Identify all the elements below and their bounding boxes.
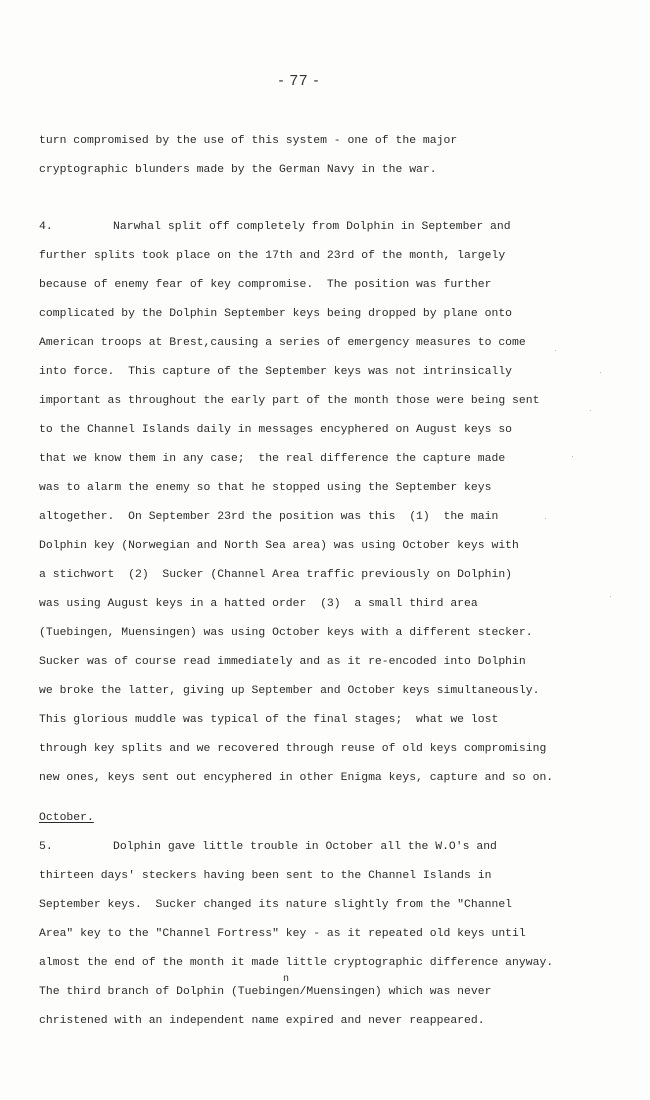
text-line: September keys. Sucker changed its natur…	[39, 898, 512, 912]
text-line: Sucker was of course read immediately an…	[39, 655, 526, 669]
text-line: further splits took place on the 17th an…	[39, 249, 505, 263]
scan-speck	[555, 350, 556, 351]
text-line: into force. This capture of the Septembe…	[39, 365, 512, 379]
text-line: cryptographic blunders made by the Germa…	[39, 163, 437, 177]
text-line: we broke the latter, giving up September…	[39, 684, 539, 698]
text-line: Area" key to the "Channel Fortress" key …	[39, 927, 526, 941]
text-line: Dolphin key (Norwegian and North Sea are…	[39, 539, 519, 553]
section-heading-october: October.	[39, 811, 94, 825]
text-line: important as throughout the early part o…	[39, 394, 539, 408]
text-line: This glorious muddle was typical of the …	[39, 713, 498, 727]
paragraph-4-first-line: 4.Narwhal split off completely from Dolp…	[39, 220, 511, 234]
text-line: The third branch of Dolphin (Tuebingen/M…	[39, 985, 491, 999]
scan-speck	[572, 456, 573, 457]
document-page: - 77 - turn compromised by the use of th…	[0, 0, 650, 1100]
text-line: American troops at Brest,causing a serie…	[39, 336, 526, 350]
text-line: almost the end of the month it made litt…	[39, 956, 553, 970]
text-line: complicated by the Dolphin September key…	[39, 307, 512, 321]
text-line: that we know them in any case; the real …	[39, 452, 505, 466]
scan-speck	[610, 596, 611, 597]
paragraph-5-first-line: 5.Dolphin gave little trouble in October…	[39, 840, 497, 854]
text-line: was to alarm the enemy so that he stoppe…	[39, 481, 491, 495]
text-line: through key splits and we recovered thro…	[39, 742, 546, 756]
scan-speck	[590, 410, 591, 411]
text-line: because of enemy fear of key compromise.…	[39, 278, 491, 292]
text-line: to the Channel Islands daily in messages…	[39, 423, 512, 437]
page-number: - 77 -	[0, 72, 650, 89]
paragraph-number: 5.	[39, 840, 113, 854]
text-line: thirteen days' steckers having been sent…	[39, 869, 491, 883]
text-line: (Tuebingen, Muensingen) was using Octobe…	[39, 626, 533, 640]
scan-speck	[600, 372, 601, 373]
scan-speck	[545, 518, 546, 519]
text-line: was using August keys in a hatted order …	[39, 597, 478, 611]
text-line: altogether. On September 23rd the positi…	[39, 510, 498, 524]
text-line: christened with an independent name expi…	[39, 1014, 485, 1028]
text-line: turn compromised by the use of this syst…	[39, 134, 457, 148]
paragraph-number: 4.	[39, 220, 113, 234]
text-line: a stichwort (2) Sucker (Channel Area tra…	[39, 568, 512, 582]
text-line: new ones, keys sent out encyphered in ot…	[39, 771, 553, 785]
